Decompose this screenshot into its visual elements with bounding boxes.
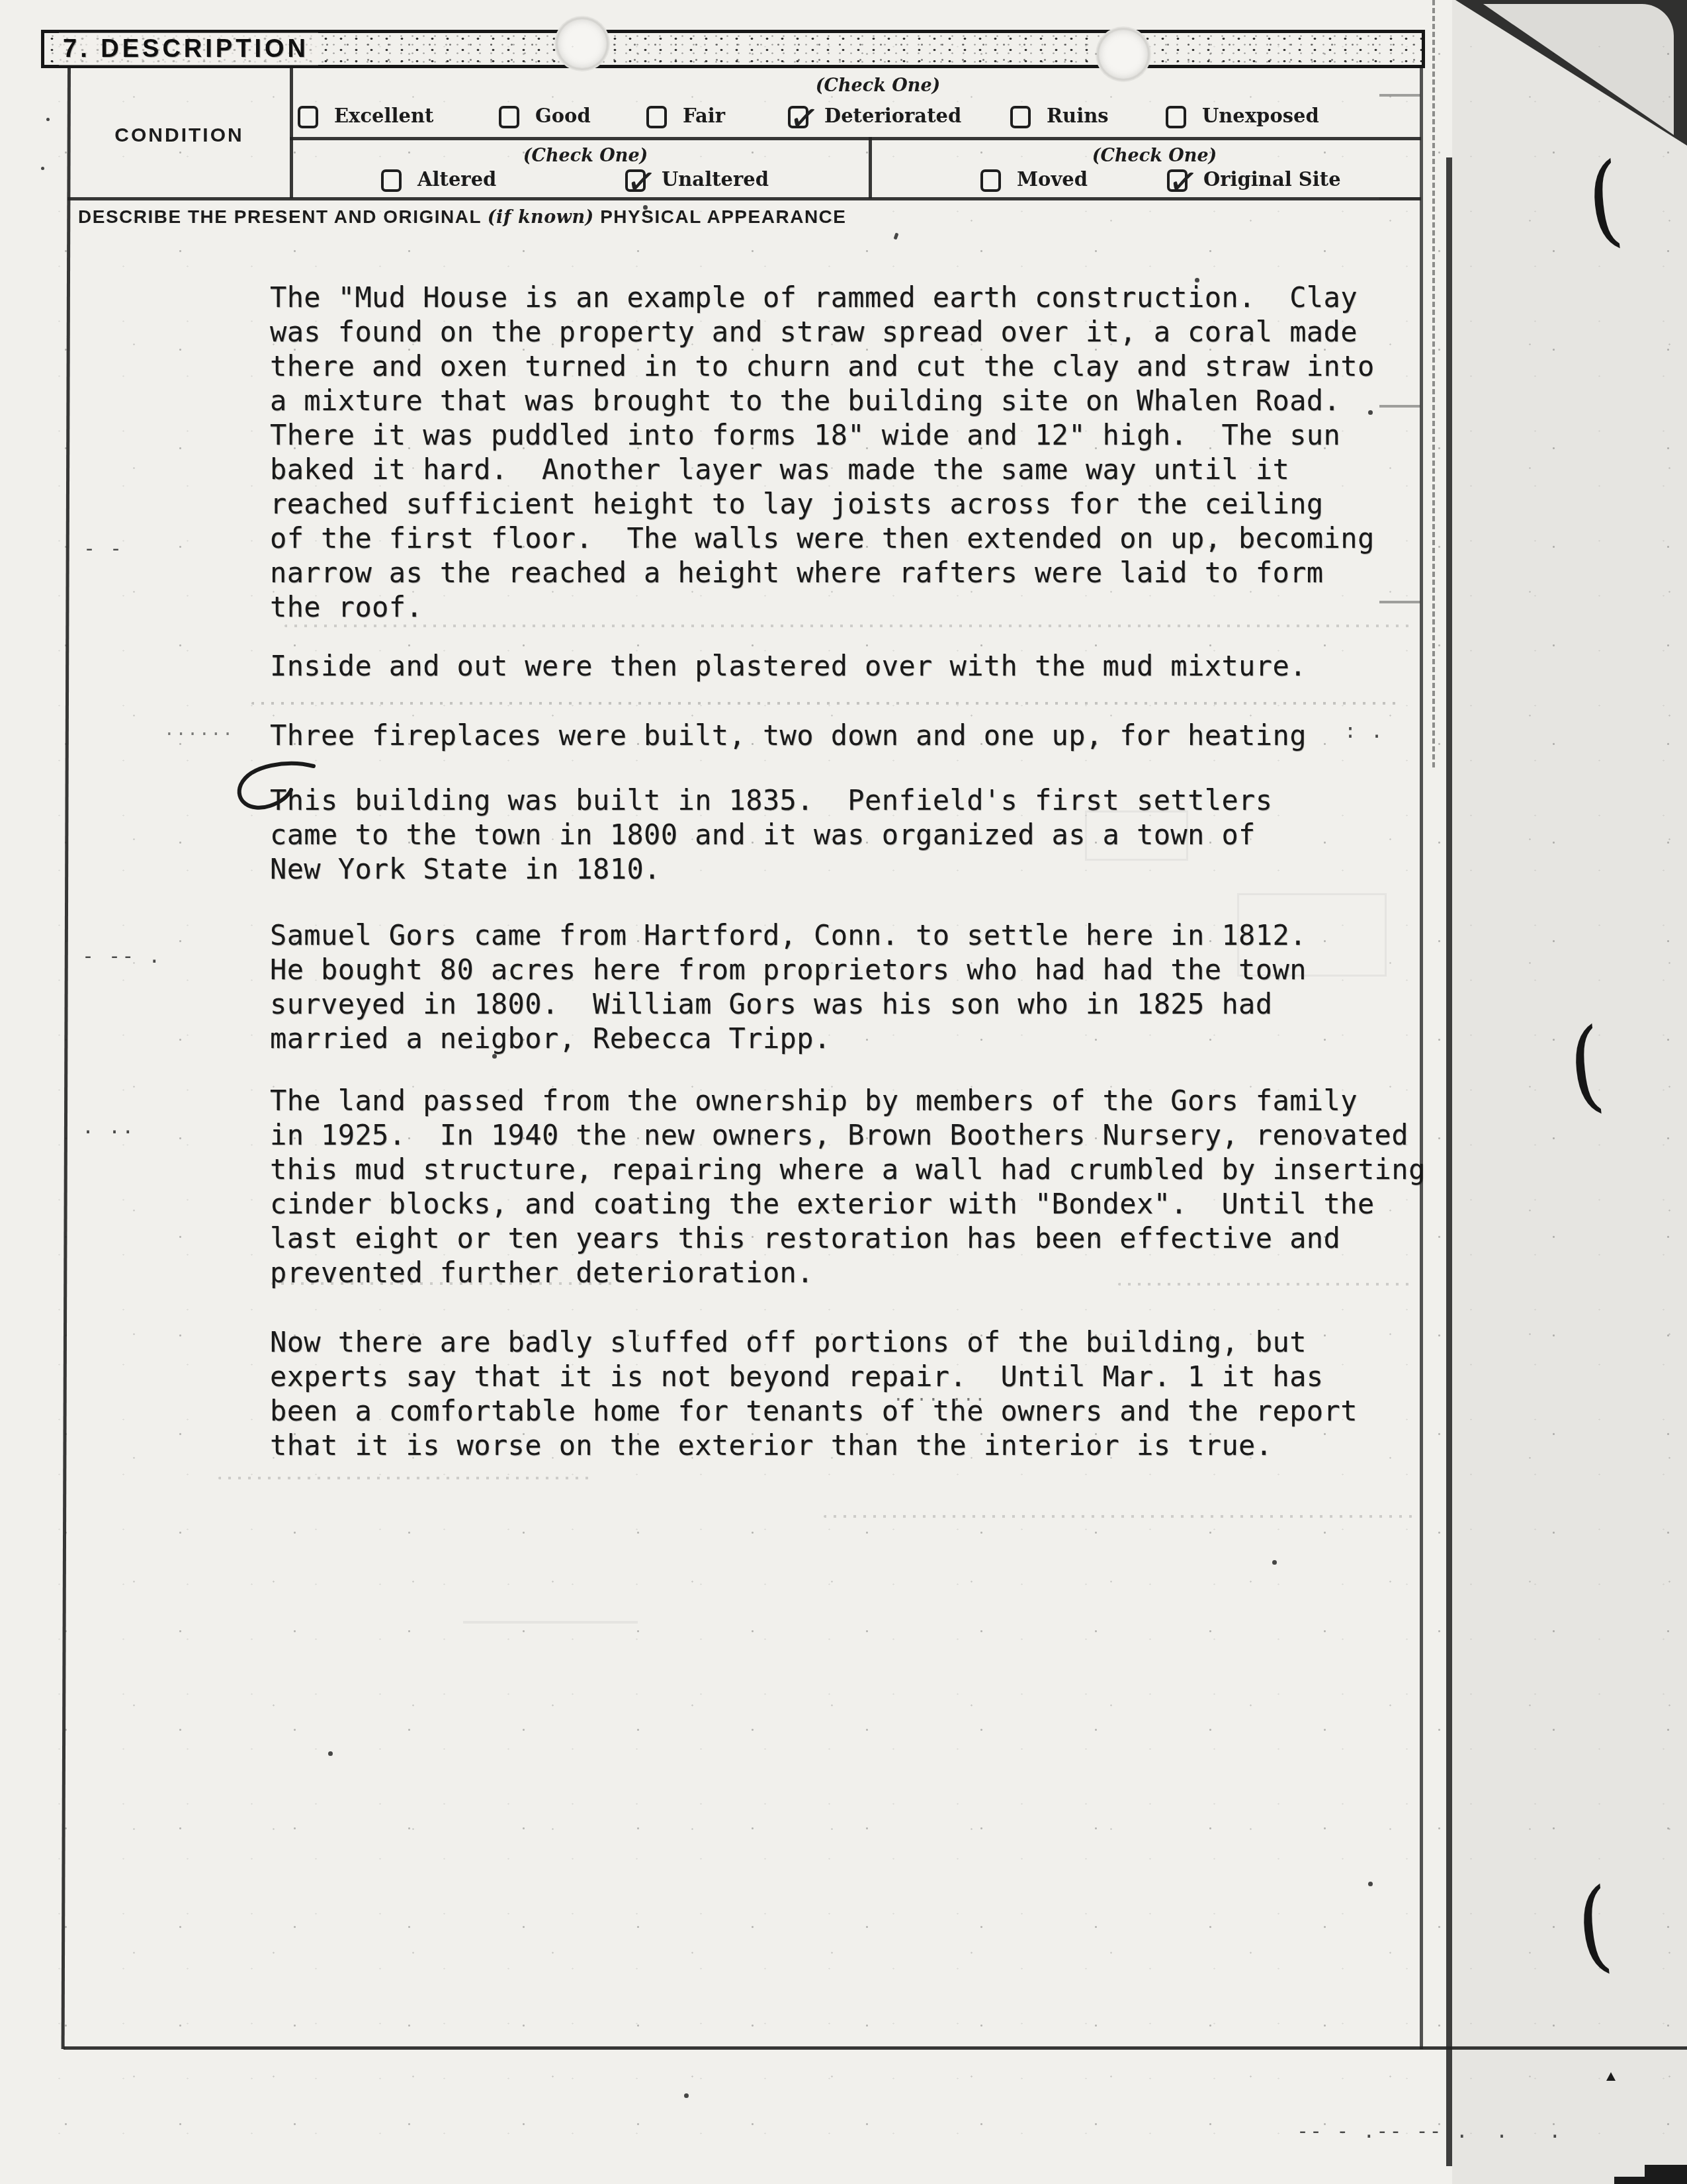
- form-left-border: [62, 68, 71, 2049]
- checkbox-label: Unaltered: [662, 168, 769, 191]
- condition-option-original-site[interactable]: ✓ Original Site: [1167, 169, 1341, 192]
- toner-speck: [492, 1054, 497, 1059]
- body-paragraph-7: Now there are badly sluffed off portions…: [270, 1325, 1358, 1463]
- condition-col-divider: [869, 137, 872, 198]
- form-bottom-border: [64, 2046, 1687, 2050]
- margin-mark: - -- .: [82, 945, 161, 968]
- hole-punch: [1097, 28, 1150, 81]
- bleed-ghost-row: [218, 1477, 589, 1479]
- toner-speck: [684, 2093, 689, 2098]
- checkbox-label: Deteriorated: [824, 105, 961, 127]
- page-edge-strip: [1452, 0, 1687, 2184]
- condition-divider: [290, 68, 293, 198]
- checkbox-icon[interactable]: ✓: [1167, 169, 1188, 192]
- describe-instruction: DESCRIBE THE PRESENT AND ORIGINAL (if kn…: [78, 206, 847, 228]
- checkbox-icon[interactable]: ✓: [788, 106, 808, 128]
- margin-mark: : .: [1344, 720, 1384, 743]
- checkbox-label: Fair: [683, 105, 725, 127]
- bottom-dashes-mark: -- - .-- -- . . .: [1297, 2120, 1562, 2143]
- body-paragraph-3: Three fireplaces were built, two down an…: [270, 719, 1307, 753]
- edge-dashed-line: [1432, 0, 1435, 767]
- condition-row-divider: [290, 137, 1421, 140]
- checkbox-icon[interactable]: [499, 106, 519, 128]
- checkbox-label: Ruins: [1047, 105, 1109, 127]
- condition-option-altered[interactable]: Altered: [381, 169, 496, 192]
- bleed-ghost-line: [463, 1621, 638, 1624]
- checkbox-label: Unexposed: [1202, 105, 1319, 127]
- checkbox-icon[interactable]: [298, 106, 318, 128]
- check-one-label: (Check One): [802, 75, 954, 96]
- section-number: 7.: [63, 35, 91, 63]
- page-edge-line: [1446, 157, 1452, 2166]
- condition-option-excellent[interactable]: Excellent: [298, 106, 433, 128]
- body-paragraph-2: Inside and out were then plastered over …: [270, 649, 1307, 683]
- underline-dots-mark: .... ...: [893, 1385, 986, 1405]
- condition-option-good[interactable]: Good: [499, 106, 591, 128]
- scanned-document-page: 7. DESCRIPTION CONDITION (Check One) Exc…: [0, 0, 1687, 2184]
- describe-if-known: (if known): [488, 207, 594, 228]
- checkbox-icon[interactable]: ✓: [625, 169, 646, 192]
- checkbox-icon[interactable]: [646, 106, 667, 128]
- toner-speck: [1368, 1882, 1373, 1886]
- toner-speck: [643, 205, 648, 210]
- describe-pre: DESCRIBE THE PRESENT AND ORIGINAL: [78, 206, 488, 227]
- bleed-line: [1379, 94, 1420, 97]
- condition-option-moved[interactable]: Moved: [980, 169, 1088, 192]
- condition-option-fair[interactable]: Fair: [646, 106, 725, 128]
- handwritten-squiggle: [233, 758, 320, 822]
- body-paragraph-6: The land passed from the ownership by me…: [270, 1084, 1426, 1290]
- condition-option-ruins[interactable]: Ruins: [1010, 106, 1109, 128]
- bleed-ghost-row: [824, 1515, 1412, 1518]
- checkbox-label: Moved: [1017, 168, 1088, 191]
- section-title: 7. DESCRIPTION: [59, 33, 318, 66]
- margin-mark: ......: [164, 720, 234, 740]
- margin-mark: . ..: [82, 1115, 135, 1139]
- section-header-bar: 7. DESCRIPTION: [41, 30, 1425, 68]
- section-title-text: DESCRIPTION: [101, 35, 309, 63]
- bleed-ghost-box: [1085, 810, 1188, 861]
- bleed-ghost-row: [1118, 1283, 1409, 1286]
- toner-speck: [1195, 278, 1199, 283]
- body-paragraph-5: Samuel Gors came from Hartford, Conn. to…: [270, 918, 1307, 1056]
- toner-speck: [1272, 1560, 1277, 1565]
- checkbox-label: Altered: [417, 168, 496, 191]
- condition-option-unaltered[interactable]: ✓ Unaltered: [625, 169, 769, 192]
- bleed-line: [1379, 405, 1420, 408]
- toner-speck: [46, 118, 50, 121]
- toner-speck: [328, 1751, 333, 1756]
- condition-option-deteriorated[interactable]: ✓ Deteriorated: [788, 106, 961, 128]
- checkbox-icon[interactable]: [381, 169, 402, 192]
- checkbox-label: Good: [535, 105, 591, 127]
- toner-speck: [1368, 410, 1373, 415]
- bleed-ghost-row: [284, 625, 1409, 627]
- describe-post: PHYSICAL APPEARANCE: [594, 206, 847, 227]
- body-paragraph-1: The "Mud House is an example of rammed e…: [270, 281, 1375, 625]
- check-icon: ✓: [787, 99, 821, 138]
- corner-black-mark: [1614, 2177, 1687, 2184]
- checkbox-icon[interactable]: [1010, 106, 1031, 128]
- check-one-label: (Check One): [1085, 146, 1224, 166]
- condition-label: CONDITION: [69, 124, 290, 147]
- bleed-ghost-row: [271, 1282, 615, 1285]
- condition-bottom-border: [67, 197, 1421, 200]
- bleed-ghost-box: [1237, 893, 1387, 977]
- ink-mark: [893, 232, 898, 240]
- checkbox-icon[interactable]: [980, 169, 1001, 192]
- toner-speck: [41, 167, 44, 170]
- hole-punch: [556, 17, 609, 70]
- checkbox-label: Original Site: [1203, 168, 1341, 191]
- checkbox-icon[interactable]: [1166, 106, 1186, 128]
- form-right-border: [1420, 30, 1423, 2049]
- bleed-line: [1379, 601, 1420, 603]
- bleed-ghost-row: [251, 702, 1396, 705]
- check-icon: ✓: [624, 162, 658, 202]
- condition-option-unexposed[interactable]: Unexposed: [1166, 106, 1319, 128]
- margin-mark: - -: [83, 537, 123, 560]
- checkbox-label: Excellent: [334, 105, 433, 127]
- check-icon: ✓: [1166, 162, 1200, 202]
